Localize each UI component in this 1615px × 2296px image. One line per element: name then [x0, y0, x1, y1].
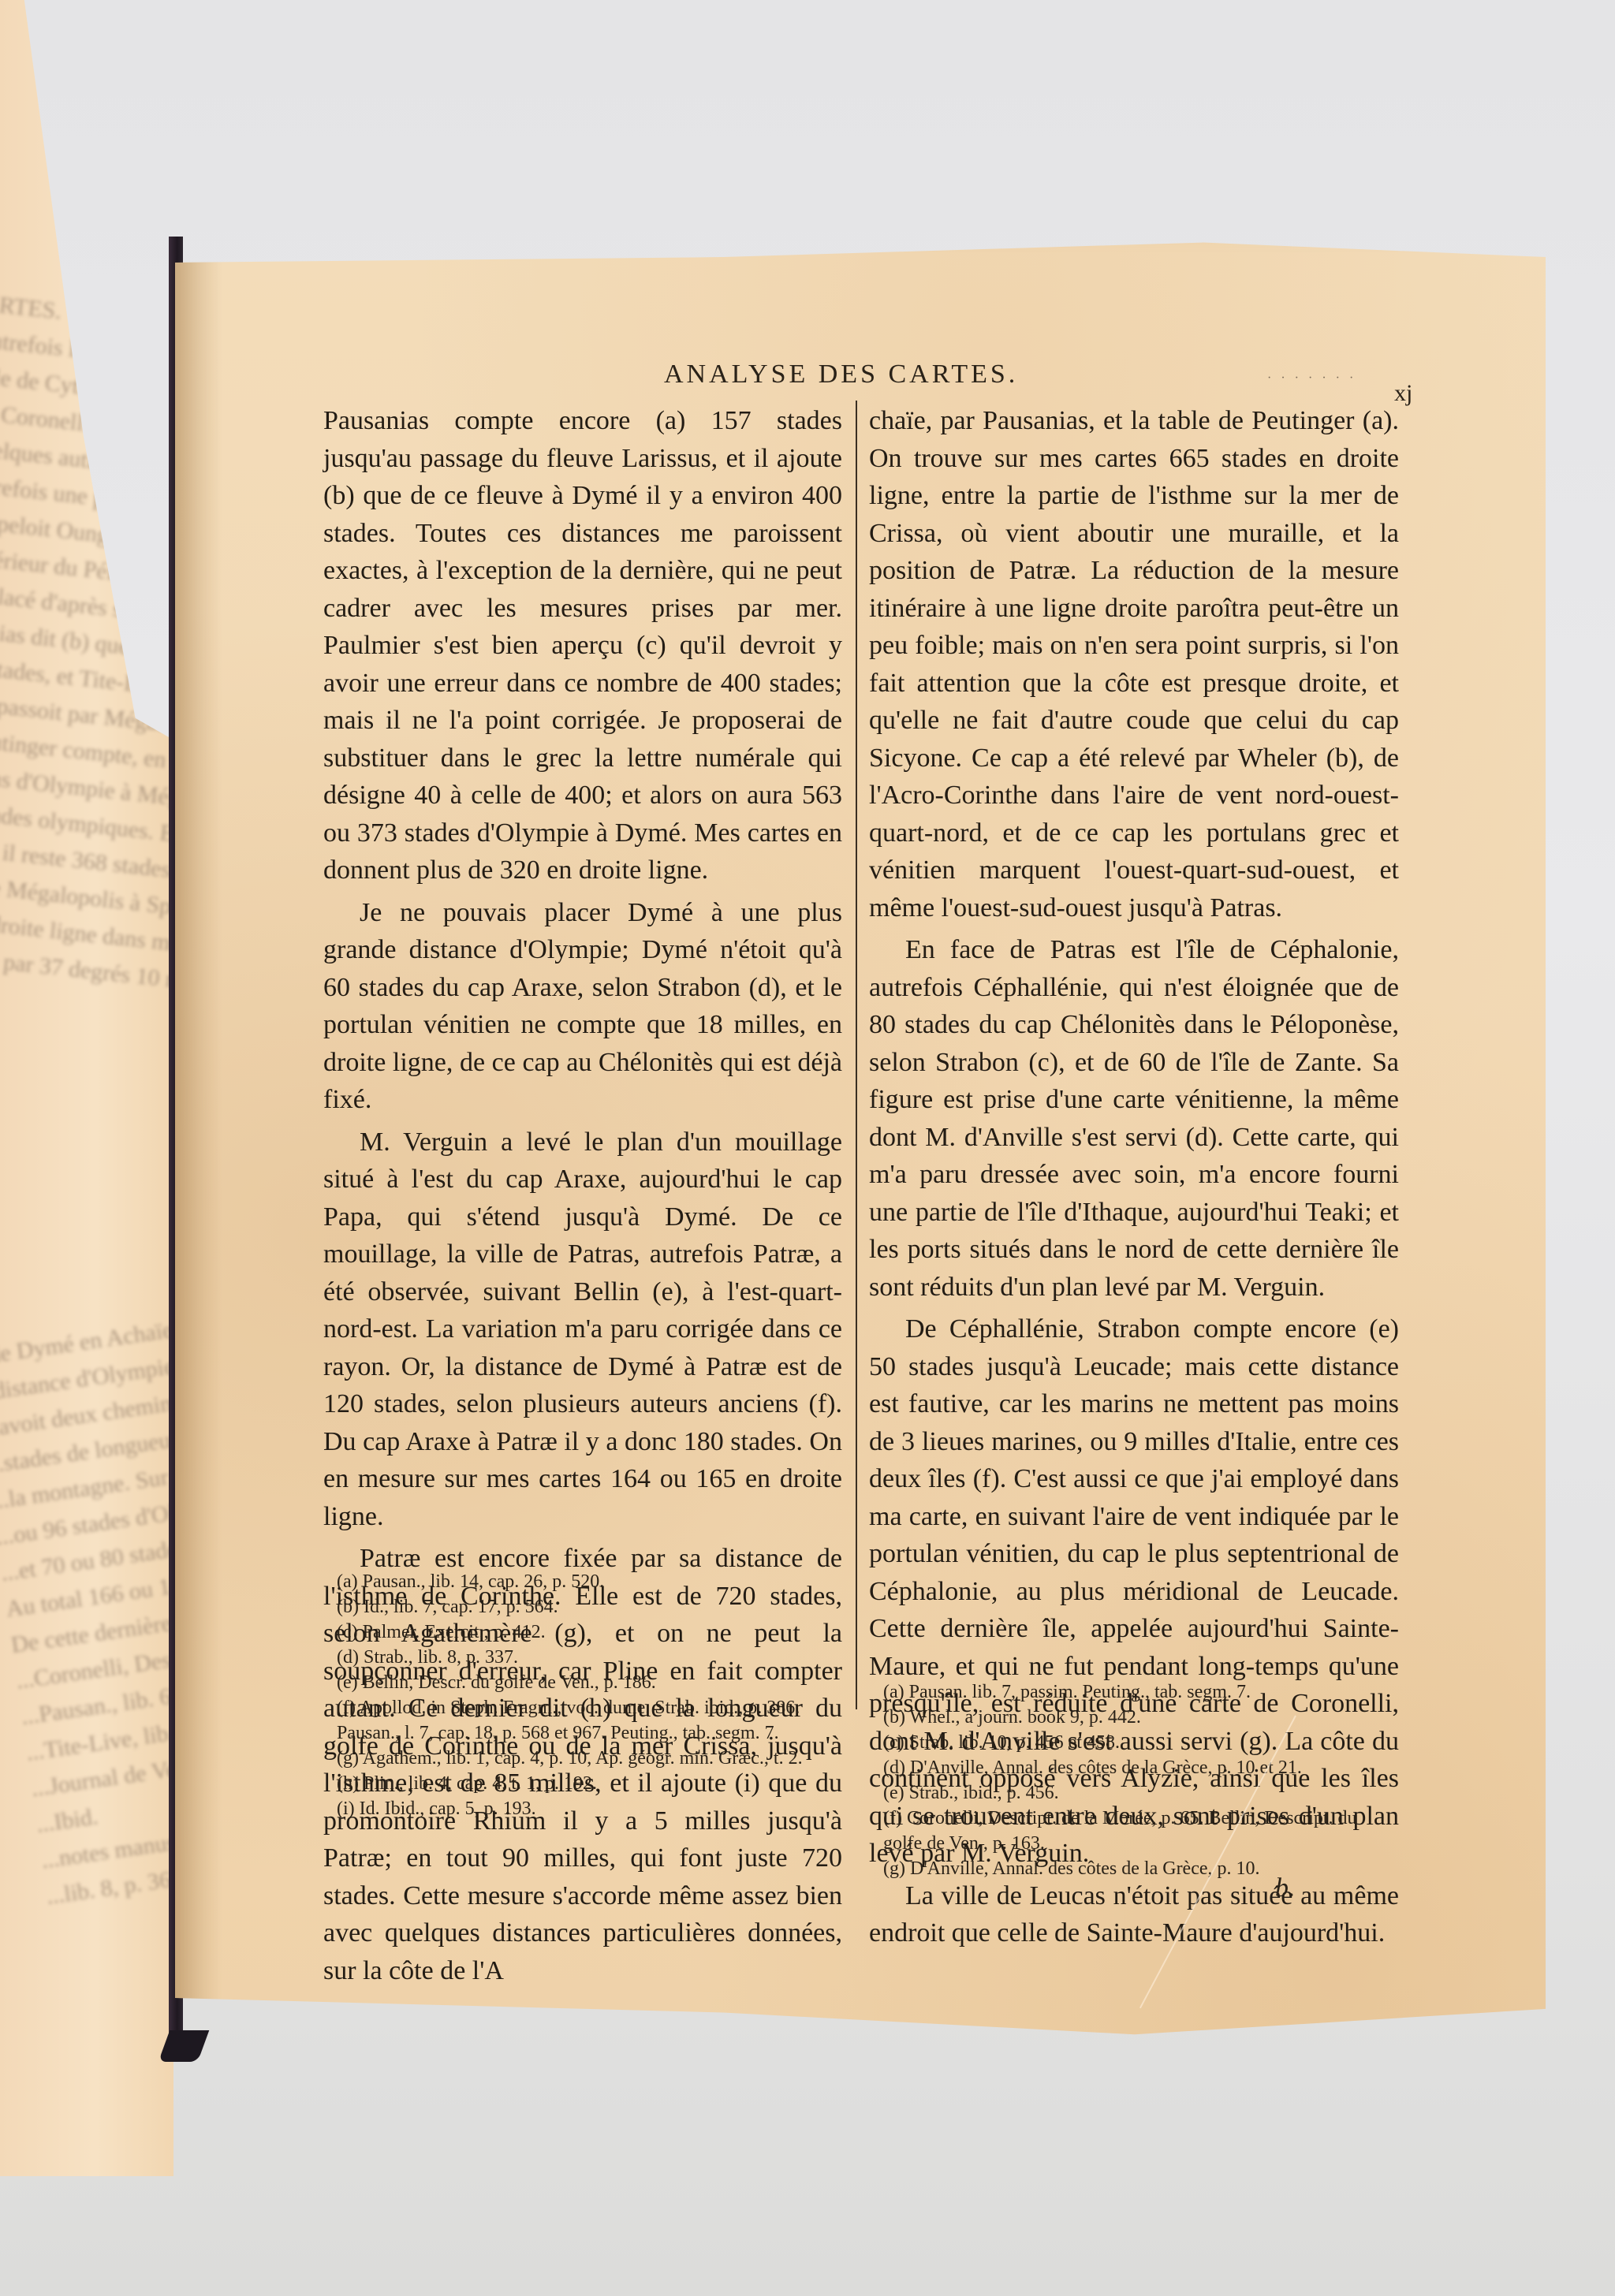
footnote: (a) Pausan., lib. 14, cap. 26, p. 520.: [337, 1569, 849, 1594]
left-page-ghost-text-upper: CARTES. ...autrefois le port... ...l'île…: [0, 284, 173, 993]
footnote: (d) Strab., lib. 8, p. 337.: [337, 1645, 849, 1670]
footnote: (e) Bellin, Descr. du golfe de Ven., p. …: [337, 1670, 849, 1695]
footnote: (i) Id. Ibid., cap. 5, p. 193.: [337, 1796, 849, 1821]
right-footnotes: (a) Pausan. lib. 7, passim. Peuting., ta…: [883, 1679, 1396, 1881]
paragraph: chaïe, par Pausanias, et la table de Peu…: [869, 402, 1399, 926]
footnote: (g) D'Anville, Annal. des côtes de la Gr…: [883, 1856, 1396, 1881]
paragraph: M. Verguin a levé le plan d'un mouillage…: [323, 1124, 842, 1536]
footnote: (b) Whel., a journ. book 9, p. 442.: [883, 1705, 1396, 1730]
paragraph: En face de Patras est l'île de Céphaloni…: [869, 931, 1399, 1306]
paragraph: La ville de Leucas n'étoit pas située au…: [869, 1877, 1399, 1952]
paragraph: Je ne pouvais placer Dymé à une plus gra…: [323, 894, 842, 1119]
footnote: (c) Strab. lib. 10, p. 456 et 458.: [883, 1730, 1396, 1755]
left-footnotes: (a) Pausan., lib. 14, cap. 26, p. 520. (…: [337, 1569, 849, 1821]
footnote: (b) Id., lib. 7, cap. 17, p. 564.: [337, 1594, 849, 1619]
left-page-ghost-text-lower: ...de Dymé en Achaïe détermine ...distan…: [0, 1309, 173, 1915]
footnote: (h) Plin., lib. 4, cap. 4, t. 1, p. 192.: [337, 1771, 849, 1796]
footnote: (f) Coronelli, Descript. de la Morée, p.…: [883, 1806, 1396, 1856]
footnote: (a) Pausan. lib. 7, passim. Peuting., ta…: [883, 1679, 1396, 1705]
paragraph: Pausanias compte encore (a) 157 stades j…: [323, 402, 842, 889]
gutter-shadow: [175, 233, 222, 2056]
footnote: (g) Agathem., lib. 1, cap. 4, p. 10, Ap.…: [337, 1746, 849, 1771]
right-page: ANALYSE DES CARTES. · · · · · · · xj Pau…: [175, 233, 1546, 2056]
left-page-blurred: CARTES. ...autrefois le port... ...l'île…: [0, 0, 173, 2176]
signature-mark: b.: [1275, 1873, 1296, 1903]
footnote: (e) Strab., ibid., p. 456.: [883, 1780, 1396, 1806]
footnote: (c) Palmer. Exercit., p. 412.: [337, 1619, 849, 1645]
column-rule: [856, 401, 857, 1709]
running-head-ornament: · · · · · · ·: [1267, 371, 1356, 386]
footnote: (d) D'Anville, Annal. des côtes de la Gr…: [883, 1755, 1396, 1780]
running-head: ANALYSE DES CARTES.: [664, 360, 1018, 389]
footnote: (f) Apollod. in Steph. Fragm., voc. dume…: [337, 1695, 849, 1746]
